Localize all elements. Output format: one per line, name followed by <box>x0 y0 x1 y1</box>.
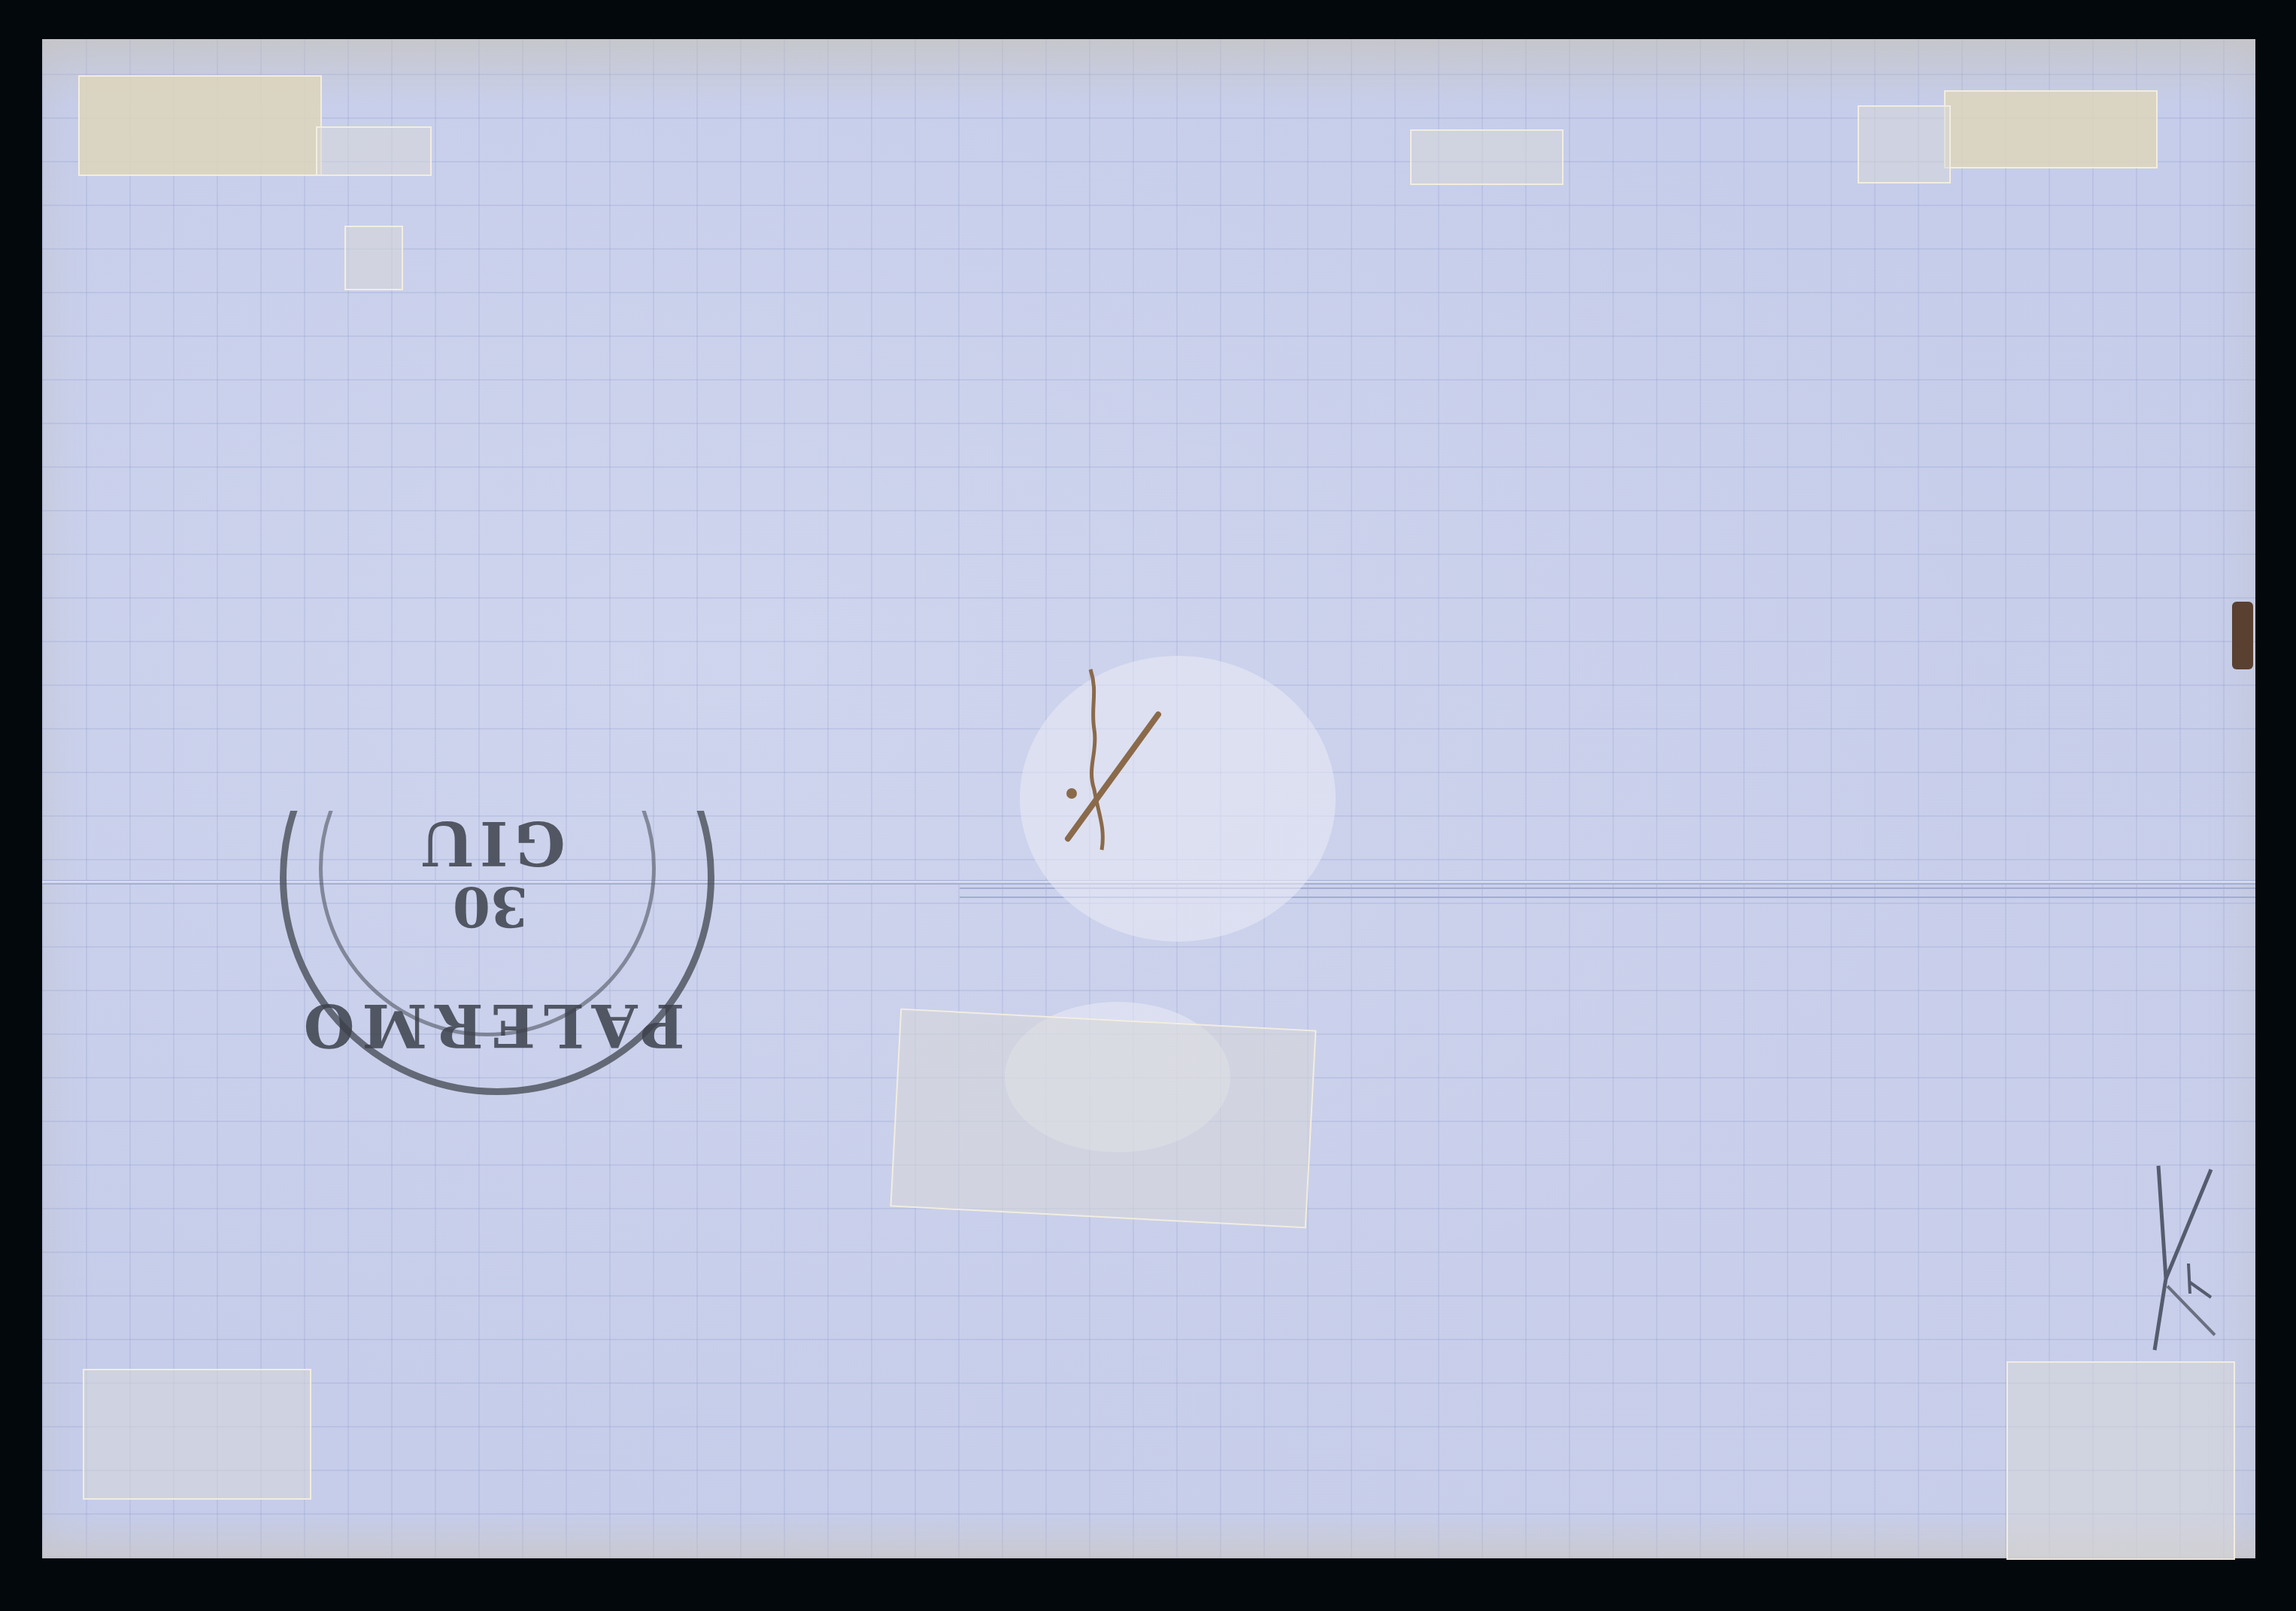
hinge-bottom-left <box>83 1369 311 1500</box>
hinge-top-right <box>1944 90 2158 168</box>
pencil-k-mark <box>2121 1143 2226 1354</box>
postmark-month: GIU <box>272 811 708 878</box>
edge-tear <box>2232 602 2253 669</box>
hinge-top-left-tail <box>316 126 432 176</box>
top-edge-toning <box>42 39 2255 107</box>
bottom-edge-toning <box>42 1513 2255 1558</box>
postmark-text: PALERMO 30 GIU <box>272 811 708 1082</box>
hinge-top-left <box>78 75 322 176</box>
hinge-top-center <box>1410 129 1564 185</box>
hinge-bottom-right <box>2006 1361 2235 1560</box>
postmark-day: 30 <box>272 875 708 939</box>
hinge-center <box>890 1009 1316 1229</box>
palermo-postmark: PALERMO 30 GIU <box>272 811 716 1112</box>
ink-docket-mark <box>1053 662 1166 857</box>
postmark-town: PALERMO <box>272 991 708 1059</box>
hinge-top-right-tail <box>1858 105 1951 184</box>
hinge-fragment <box>344 226 403 290</box>
